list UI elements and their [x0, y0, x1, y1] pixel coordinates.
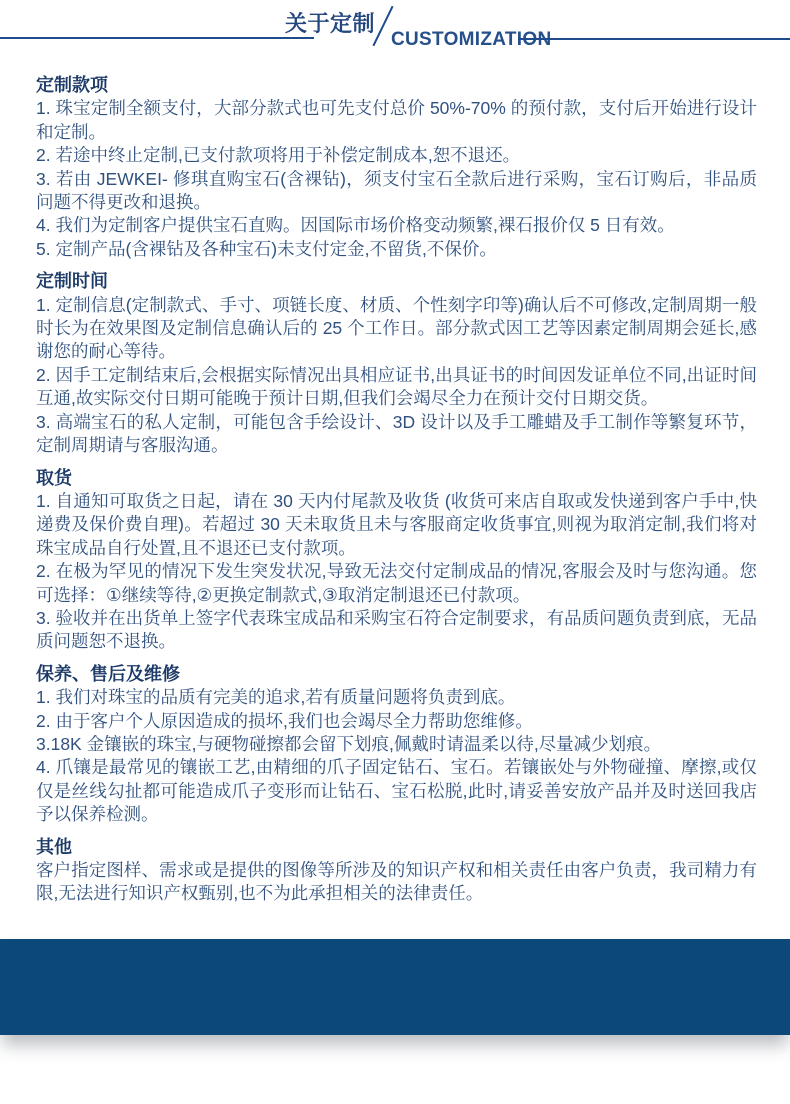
section-title: 保养、售后及维修 — [36, 663, 757, 686]
header-rule-right — [518, 38, 790, 40]
header-rule-left — [0, 37, 314, 39]
policy-item: 2. 在极为罕见的情况下发生突发状况,导致无法交付定制成品的情况,客服会及时与您… — [36, 560, 757, 607]
policy-item: 3. 验收并在出货单上签字代表珠宝成品和采购宝石符合定制要求，有品质问题负责到底… — [36, 607, 757, 654]
policy-item: 2. 若途中终止定制,已支付款项将用于补偿定制成本,恕不退还。 — [36, 144, 757, 167]
footer-bar — [0, 939, 790, 1035]
section-title: 其他 — [36, 836, 757, 859]
policy-item: 4. 我们为定制客户提供宝石直购。因国际市场价格变动频繁,裸石报价仅 5 日有效… — [36, 214, 757, 237]
page-subtitle: CUSTOMIZATION — [391, 29, 551, 51]
policy-item: 3. 高端宝石的私人定制，可能包含手绘设计、3D 设计以及手工雕蜡及手工制作等繁… — [36, 411, 757, 458]
customization-policy-page: 关于定制 CUSTOMIZATION 定制款项1. 珠宝定制全额支付，大部分款式… — [0, 0, 790, 1104]
policy-item: 5. 定制产品(含裸钻及各种宝石)未支付定金,不留货,不保价。 — [36, 238, 757, 261]
policy-sections: 定制款项1. 珠宝定制全额支付，大部分款式也可先支付总价 50%-70% 的预付… — [36, 74, 757, 906]
policy-section: 取货1. 自通知可取货之日起，请在 30 天内付尾款及收货 (收货可来店自取或发… — [36, 467, 757, 654]
policy-item: 3. 若由 JEWKEI- 修琪直购宝石(含裸钻)，须支付宝石全款后进行采购，宝… — [36, 168, 757, 215]
policy-item: 4. 爪镶是最常见的镶嵌工艺,由精细的爪子固定钻石、宝石。若镶嵌处与外物碰撞、摩… — [36, 756, 757, 826]
policy-item: 2. 因手工定制结束后,会根据实际情况出具相应证书,出具证书的时间因发证单位不同… — [36, 364, 757, 411]
policy-item: 1. 我们对珠宝的品质有完美的追求,若有质量问题将负责到底。 — [36, 686, 757, 709]
policy-item: 2. 由于客户个人原因造成的损坏,我们也会竭尽全力帮助您维修。 — [36, 710, 757, 733]
policy-section: 其他客户指定图样、需求或是提供的图像等所涉及的知识产权和相关责任由客户负责，我司… — [36, 836, 757, 906]
policy-item: 1. 定制信息(定制款式、手寸、项链长度、材质、个性刻字印等)确认后不可修改,定… — [36, 294, 757, 364]
policy-item: 1. 珠宝定制全额支付，大部分款式也可先支付总价 50%-70% 的预付款，支付… — [36, 97, 757, 144]
page-title: 关于定制 — [285, 7, 375, 38]
section-title: 取货 — [36, 467, 757, 490]
section-title: 定制款项 — [36, 74, 757, 97]
section-title: 定制时间 — [36, 270, 757, 293]
policy-section: 定制款项1. 珠宝定制全额支付，大部分款式也可先支付总价 50%-70% 的预付… — [36, 74, 757, 261]
page-header: 关于定制 CUSTOMIZATION — [0, 0, 790, 64]
policy-section: 定制时间1. 定制信息(定制款式、手寸、项链长度、材质、个性刻字印等)确认后不可… — [36, 270, 757, 457]
policy-item: 3.18K 金镶嵌的珠宝,与硬物碰擦都会留下划痕,佩戴时请温柔以待,尽量减少划痕… — [36, 733, 757, 756]
policy-item: 客户指定图样、需求或是提供的图像等所涉及的知识产权和相关责任由客户负责，我司精力… — [36, 859, 757, 906]
policy-section: 保养、售后及维修1. 我们对珠宝的品质有完美的追求,若有质量问题将负责到底。2.… — [36, 663, 757, 827]
policy-item: 1. 自通知可取货之日起，请在 30 天内付尾款及收货 (收货可来店自取或发快递… — [36, 490, 757, 560]
